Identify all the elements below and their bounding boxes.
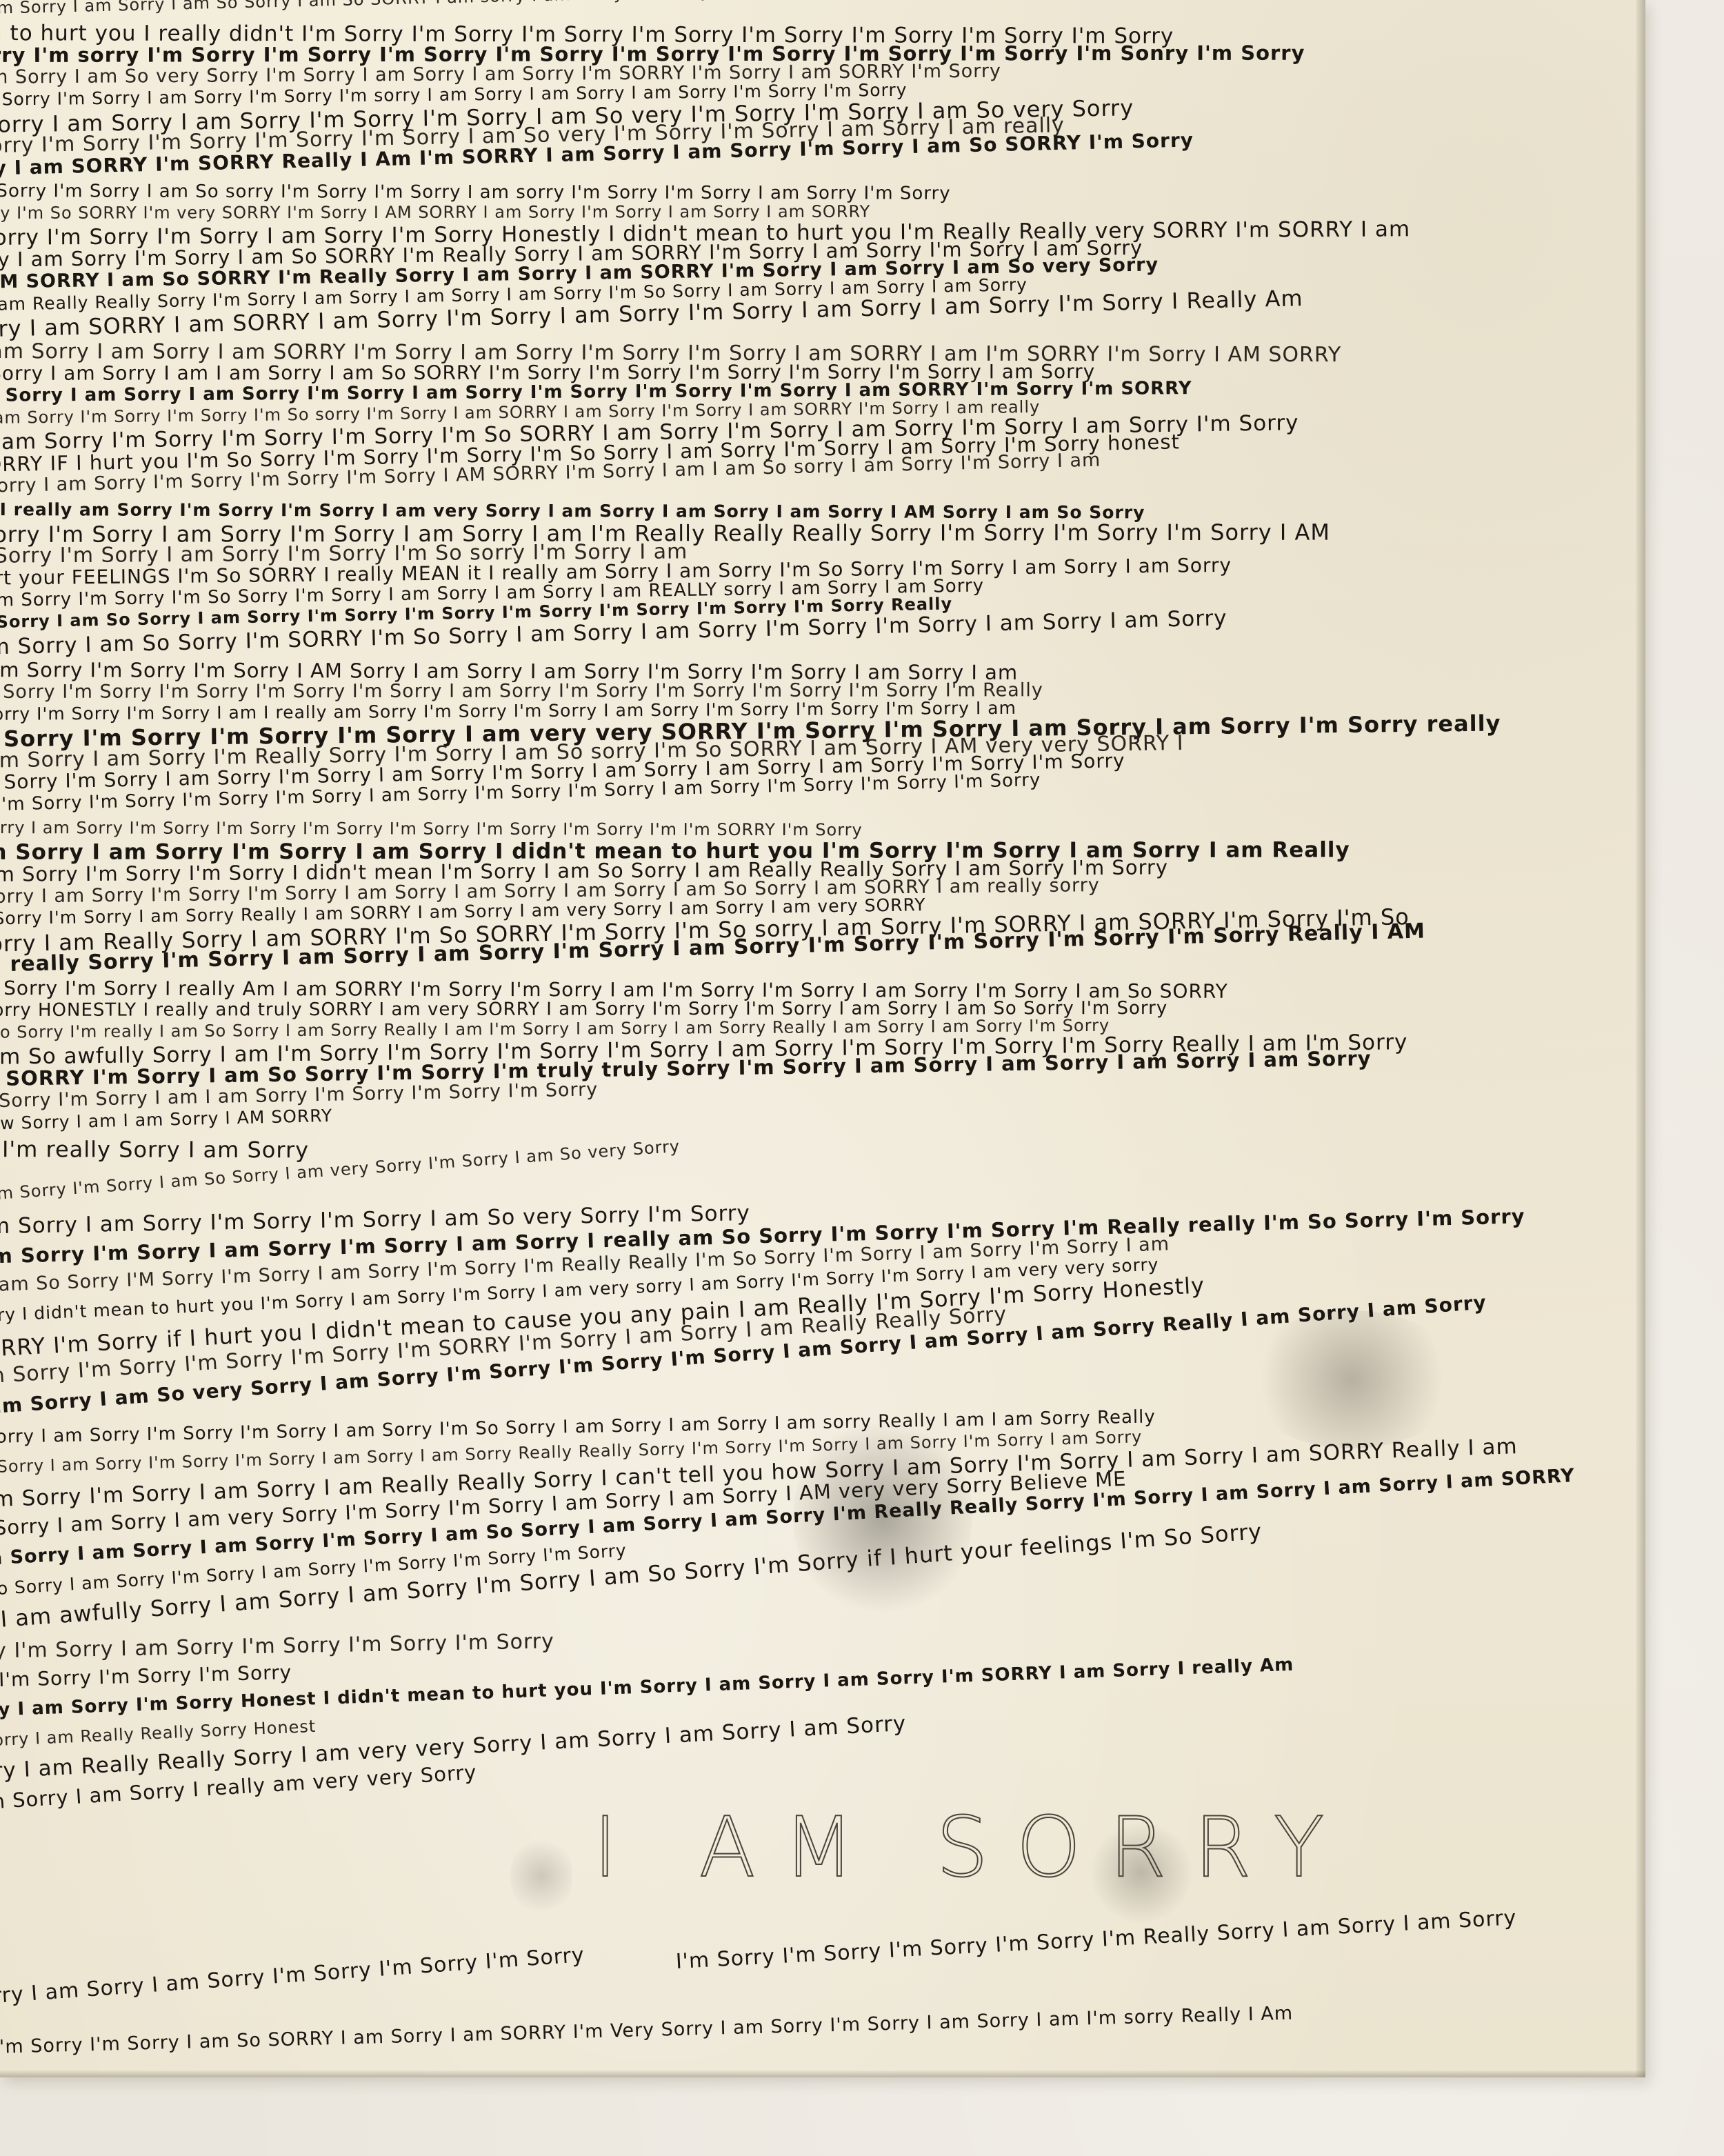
ink-smudge [1241, 1310, 1462, 1448]
canvas-bottom-edge [0, 2070, 1645, 2077]
handwritten-line: Sorry I'm So SORRY I'm very SORRY I'm So… [0, 203, 870, 221]
handwritten-line: I'm Sorry I'm Sorry I'm Sorry I'm Sorry … [675, 1908, 1517, 1973]
handwritten-line: am Sorry I am Sorry I am So Sorry I am S… [0, 0, 884, 17]
stencil-title: I AM SORRY [593, 1800, 1352, 1896]
handwritten-line: you I'm really Sorry I am Sorry [0, 1138, 309, 1161]
handwritten-line: rry I really am Sorry I'm Sorry I'm Sorr… [0, 501, 1145, 521]
handwritten-line: I am Sorry I'm Sorry I am So sorry I'm S… [0, 182, 951, 203]
ink-smudge [510, 1835, 572, 1917]
handwritten-line: rry I'm Sorry I am Sorry I'm Sorry I'm S… [0, 1631, 554, 1662]
handwritten-line: Sorry I am Sorry I'm Sorry I'm Sorry I'm… [0, 819, 863, 838]
handwritten-line: orry I'm Sorry I'm Sorry I'm Sorry [0, 1663, 292, 1691]
handwritten-line: rry I am Sorry I am Sorry I'm Sorry I'm … [0, 1945, 585, 2007]
handwritten-line: I'm Sorry I'm Sorry I am So SORRY I am S… [0, 2004, 1293, 2057]
artwork-canvas: am Sorry I am Sorry I am So Sorry I am S… [0, 0, 1645, 2077]
canvas-right-edge [1636, 0, 1645, 2077]
